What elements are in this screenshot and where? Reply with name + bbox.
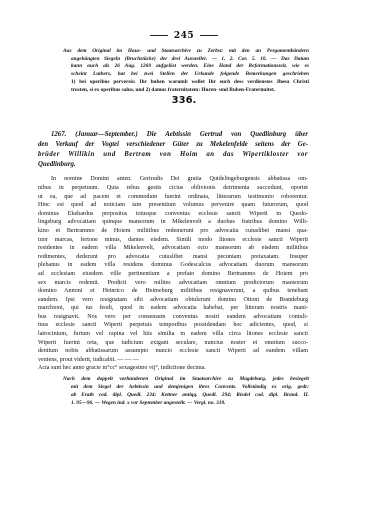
document-number: 336. <box>0 95 368 106</box>
top-note-line: angehängten Siegeln (Bruchstücke) der dr… <box>71 56 309 62</box>
body-line: plebanus in eadem villa residens dominus… <box>38 262 308 268</box>
body-line: dominus Ekehardus prepositus totusque co… <box>38 211 308 217</box>
page-number-text: 245 <box>174 31 194 41</box>
body-line: Wiperti fuerint orta, que iudicium exiga… <box>38 340 308 346</box>
closing-line: Acta sunt hec anno gracie m°cc° sexagesi… <box>38 365 206 371</box>
top-note-line: 1) bei operibus perversis: Ihr buben war… <box>71 79 309 85</box>
summary-line: brüder Willikin und Bertram von Hoim an … <box>38 151 308 158</box>
dash-left <box>150 35 168 36</box>
body-line: lingeburg advocatiam quinque mansorum in… <box>38 219 308 225</box>
footnote-line: 1. 95—96. — Wegen ind. x vor September a… <box>71 400 225 406</box>
body-line: kino et Bertrammo de Hoiem militibus red… <box>38 228 308 234</box>
body-line: dentium nobis abbatissarum assumpto nunc… <box>38 348 308 354</box>
body-line: latrocinium, furtum vel rapina vel hiis … <box>38 331 308 337</box>
footnote-line: Nach dem doppelt vorhandenen Original im… <box>63 376 309 382</box>
summary-line: den Verkauf der Vogtei verschiedener Güt… <box>38 141 308 148</box>
summary-line: 1267. (Januar—September.) Die Aebtissin … <box>51 131 308 138</box>
body-line: ad ecclesiam eiusdem ville pertinentium … <box>38 271 308 277</box>
body-line: nibus in perpetuum. Quia rebus gestis ci… <box>38 185 308 191</box>
body-line: residentes in eadem villa Mikelenvelt, a… <box>38 245 308 251</box>
page-number: 245 <box>0 31 368 41</box>
dash-right <box>200 35 218 36</box>
body-line: ut ea, que ad pacem et commodum fuerint … <box>38 194 308 200</box>
top-note-line: trosten, si ex operibus salus, und 2) da… <box>71 87 275 93</box>
footnote-line: mit dem Siegel der Aebtissin und demjeni… <box>71 384 309 390</box>
body-line: mus ecclesie sancti Wiperti perpetuis te… <box>38 322 308 328</box>
footnote-line: ab Erath cod. dipl. Quedl. 234; Kettner … <box>71 392 309 398</box>
body-line: tuor marcas, fertone minus, dantes eisde… <box>38 237 308 243</box>
body-line: Hinc est quod ad noticiam tam presentium… <box>38 202 308 208</box>
top-note-line: Aus dem Original im Haus- und Staatsarch… <box>63 48 309 54</box>
body-line: eandem. Ipsi vero resignatam sibi advoca… <box>38 297 308 303</box>
body-line: bus resignavit. Nos vero per consensum c… <box>38 314 308 320</box>
body-line: marchioni, qui ius feodi, quod in eadem … <box>38 305 308 311</box>
body-line: In nomine Domini amen. Gertrudis Dei gra… <box>51 176 308 182</box>
body-line: domino Annoni et Heinrico de Heimeburg m… <box>38 288 308 294</box>
body-line: veniens, prout viderit, iudicabit. — — — <box>38 357 139 363</box>
body-line: sex marcis redemit. Predicti vero milite… <box>38 280 308 286</box>
body-line: redimentes, dederunt pro advocatia cuius… <box>38 254 308 260</box>
summary-line: Quedlinburg. <box>38 161 76 168</box>
top-note-line: scheint Luthers, hat bei zwei Stellen de… <box>71 71 309 77</box>
top-note-line: kann auch als 26 Aug. 1260 aufgelöst wer… <box>71 63 309 69</box>
